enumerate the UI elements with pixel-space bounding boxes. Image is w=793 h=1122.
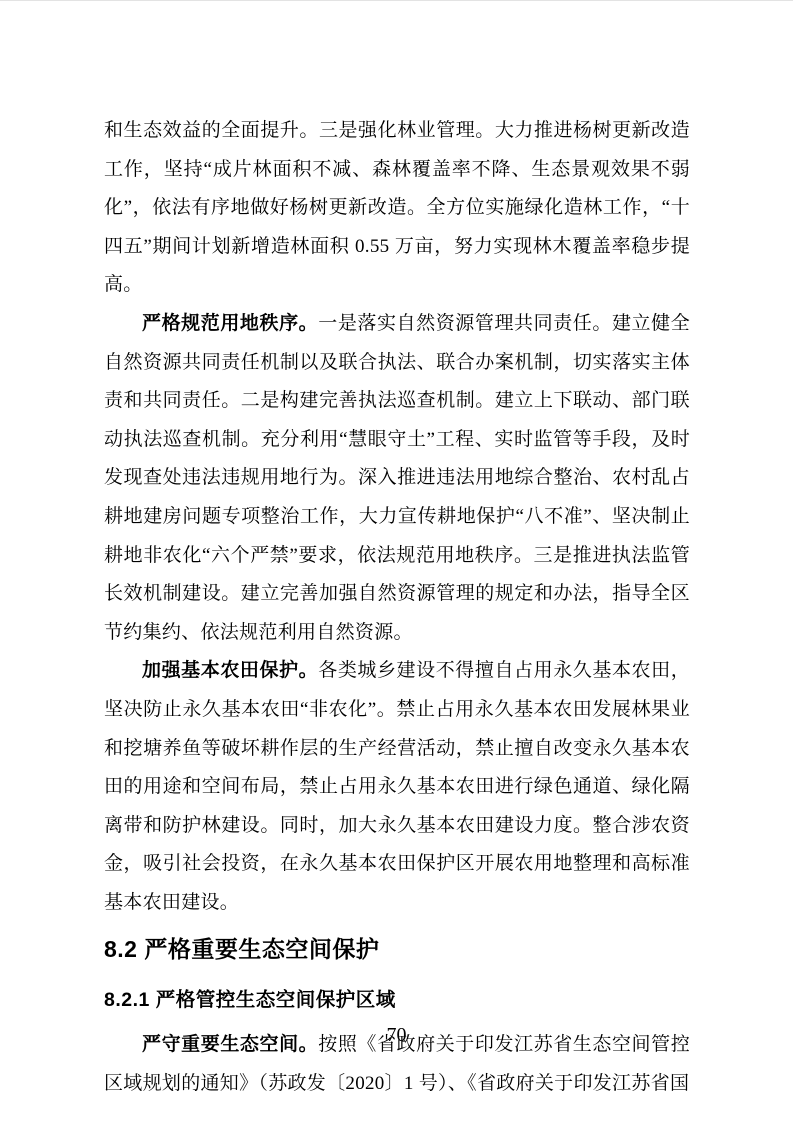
paragraph-basic-farmland-protection: 加强基本农田保护。各类城乡建设不得擅自占用永久基本农田，坚决防止永久基本农田“非… bbox=[104, 652, 690, 922]
paragraph-text: 各类城乡建设不得擅自占用永久基本农田，坚决防止永久基本农田“非农化”。禁止占用永… bbox=[104, 660, 690, 913]
paragraph-lead: 加强基本农田保护。 bbox=[142, 660, 318, 681]
section-heading-8-2: 8.2 严格重要生态空间保护 bbox=[104, 929, 690, 969]
subsection-heading-8-2-1: 8.2.1 严格管控生态空间保护区域 bbox=[104, 983, 690, 1017]
page-content: 和生态效益的全面提升。三是强化林业管理。大力推进杨树更新改造工作，坚持“成片林面… bbox=[104, 112, 690, 1104]
document-page: 和生态效益的全面提升。三是强化林业管理。大力推进杨树更新改造工作，坚持“成片林面… bbox=[0, 0, 793, 1122]
paragraph-forestry-continuation: 和生态效益的全面提升。三是强化林业管理。大力推进杨树更新改造工作，坚持“成片林面… bbox=[104, 112, 690, 305]
paragraph-land-use-order: 严格规范用地秩序。一是落实自然资源管理共同责任。建立健全自然资源共同责任机制以及… bbox=[104, 305, 690, 652]
page-number: 70 bbox=[0, 1021, 793, 1049]
paragraph-text: 一是落实自然资源管理共同责任。建立健全自然资源共同责任机制以及联合执法、联合办案… bbox=[104, 313, 690, 643]
paragraph-lead: 严格规范用地秩序。 bbox=[142, 313, 318, 334]
paragraph-text: 和生态效益的全面提升。三是强化林业管理。大力推进杨树更新改造工作，坚持“成片林面… bbox=[104, 120, 690, 295]
